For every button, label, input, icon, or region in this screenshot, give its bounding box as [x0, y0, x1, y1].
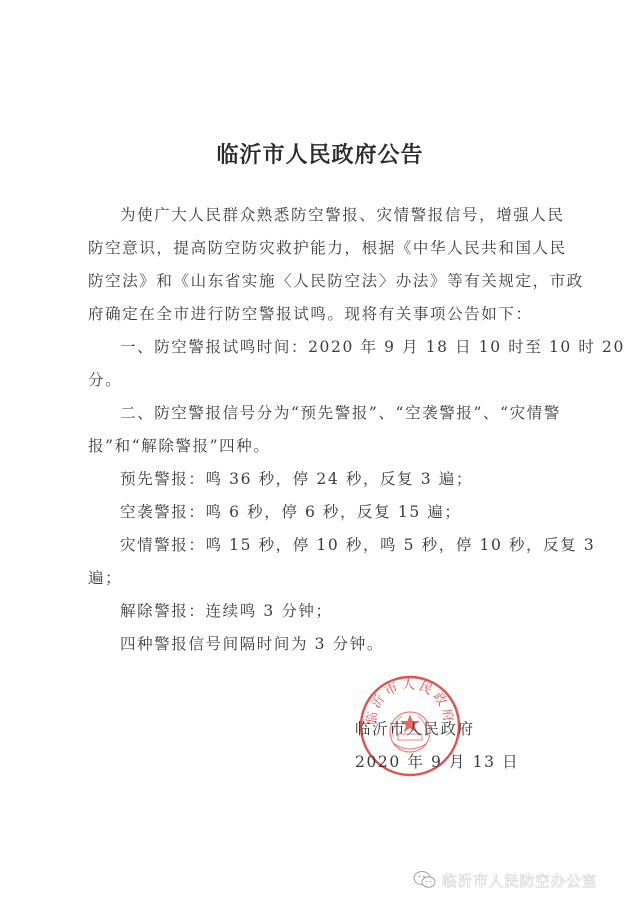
intro-line-2: 防空意识，提高防空防灾救护能力，根据《中华人民共和国人民 [88, 238, 567, 258]
item2-line-2: 报”和“解除警报”四种。 [88, 436, 270, 456]
wechat-icon [413, 870, 437, 890]
item2-line-1: 二、防空警报信号分为“预先警报”、“空袭警报”、“灾情警 [120, 403, 561, 423]
wechat-watermark: 临沂市人民防空办公室 [413, 868, 597, 892]
intro-line-1: 为使广大人民群众熟悉防空警报、灾情警报信号，增强人民 [120, 205, 565, 225]
signal-interval: 四种警报信号间隔时间为 3 分钟。 [120, 634, 384, 654]
signal-all-clear: 解除警报：连续鸣 3 分钟； [120, 601, 333, 621]
signal-disaster-cont: 遍； [88, 568, 122, 588]
watermark-text: 临沂市人民防空办公室 [442, 870, 597, 891]
signal-air-raid: 空袭警报：鸣 6 秒，停 6 秒，反复 15 遍； [120, 502, 462, 522]
intro-line-3: 防空法》和《山东省实施〈人民防空法〉办法》等有关规定，市政 [88, 271, 584, 291]
item1-line-1: 一、防空警报试鸣时间：2020 年 9 月 18 日 10 时至 10 时 20 [120, 337, 625, 357]
signal-advance-warning: 预先警报：鸣 36 秒，停 24 秒，反复 3 遍； [120, 469, 473, 489]
document-title: 临沂市人民政府公告 [0, 138, 640, 169]
intro-line-4: 府确定在全市进行防空警报试鸣。现将有关事项公告如下： [88, 304, 533, 324]
issue-date: 2020 年 9 月 13 日 [355, 752, 519, 772]
item1-line-2: 分。 [88, 370, 122, 390]
issuer-signature: 临沂市人民政府 [355, 719, 475, 739]
signal-disaster: 灾情警报：鸣 15 秒，停 10 秒，鸣 5 秒，停 10 秒，反复 3 [120, 535, 595, 555]
